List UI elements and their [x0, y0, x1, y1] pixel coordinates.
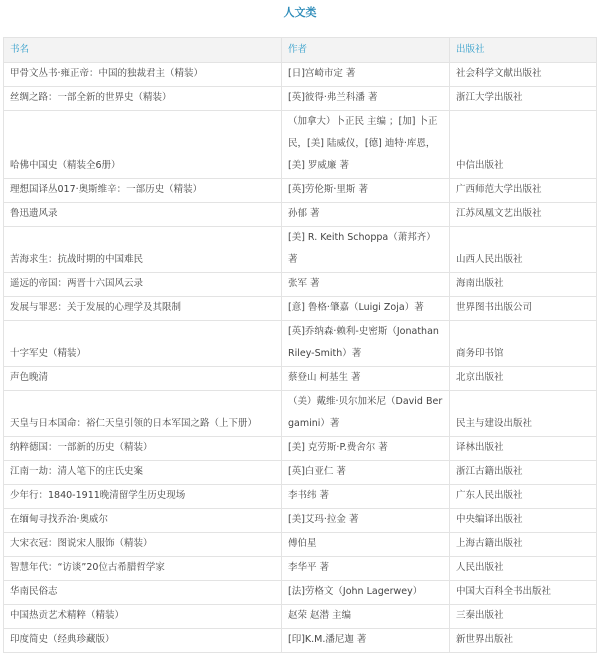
book-title: 少年行：1840-1911晚清留学生历史现场 — [4, 485, 282, 509]
book-author: [美] 克劳斯·P.费舍尔 著 — [282, 437, 450, 461]
book-publisher: 译林出版社 — [450, 437, 597, 461]
table-row: 十字军史（精装）[英]乔纳森·赖利-史密斯（Jonathan Riley-Smi… — [4, 321, 597, 367]
book-publisher: 民主与建设出版社 — [450, 391, 597, 437]
book-title: 声色晚清 — [4, 367, 282, 391]
table-row: 中国热贡艺术精粹（精装）赵荣 赵潜 主编三秦出版社 — [4, 605, 597, 629]
book-title: 智慧年代：“访谈”20位古希腊哲学家 — [4, 557, 282, 581]
book-publisher: 浙江大学出版社 — [450, 87, 597, 111]
book-publisher: 上海古籍出版社 — [450, 533, 597, 557]
book-title: 纳粹德国：一部新的历史（精装） — [4, 437, 282, 461]
book-title: 江南一劫：清人笔下的庄氏史案 — [4, 461, 282, 485]
book-publisher: 北京出版社 — [450, 367, 597, 391]
book-author: 蔡登山 柯基生 著 — [282, 367, 450, 391]
book-title: 天皇与日本国命：裕仁天皇引领的日本军国之路（上下册） — [4, 391, 282, 437]
table-row: 鲁迅遗风录孙郁 著江苏凤凰文艺出版社 — [4, 203, 597, 227]
book-title: 遥远的帝国：两晋十六国风云录 — [4, 273, 282, 297]
table-row: 哈佛中国史（精装全6册）（加拿大）卜正民 主编 ；[加] 卜正民，[美] 陆威仪… — [4, 111, 597, 179]
book-author: 李书纬 著 — [282, 485, 450, 509]
table-row: 发展与罪恶：关于发展的心理学及其限制[意] 鲁格·肇嘉（Luigi Zoja）著… — [4, 297, 597, 321]
book-author: [印]K.M.潘尼迦 著 — [282, 629, 450, 637]
book-author: [日]宫崎市定 著 — [282, 63, 450, 87]
book-publisher: 广东人民出版社 — [450, 485, 597, 509]
book-title: 哈佛中国史（精装全6册） — [4, 111, 282, 179]
book-author: [法]劳格文（John Lagerwey） — [282, 581, 450, 605]
table-row: 华南民俗志[法]劳格文（John Lagerwey）中国大百科全书出版社 — [4, 581, 597, 605]
book-author: 张军 著 — [282, 273, 450, 297]
table-row: 江南一劫：清人笔下的庄氏史案[英]白亚仁 著浙江古籍出版社 — [4, 461, 597, 485]
table-row: 印度简史（经典珍藏版）[印]K.M.潘尼迦 著新世界出版社 — [4, 629, 597, 637]
book-author: （加拿大）卜正民 主编 ；[加] 卜正民，[美] 陆威仪，[德] 迪特·库恩，[… — [282, 111, 450, 179]
book-title: 十字军史（精装） — [4, 321, 282, 367]
book-publisher: 山西人民出版社 — [450, 227, 597, 273]
book-author: [美]艾玛·拉金 著 — [282, 509, 450, 533]
table-row: 纳粹德国：一部新的历史（精装）[美] 克劳斯·P.费舍尔 著译林出版社 — [4, 437, 597, 461]
book-title: 鲁迅遗风录 — [4, 203, 282, 227]
book-title: 印度简史（经典珍藏版） — [4, 629, 282, 637]
table-row: 少年行：1840-1911晚清留学生历史现场李书纬 著广东人民出版社 — [4, 485, 597, 509]
table-header-row: 书名 作者 出版社 — [4, 38, 597, 63]
book-title: 在缅甸寻找乔治·奥威尔 — [4, 509, 282, 533]
book-title: 丝绸之路：一部全新的世界史（精装） — [4, 87, 282, 111]
book-publisher: 中信出版社 — [450, 111, 597, 179]
table-row: 声色晚清蔡登山 柯基生 著北京出版社 — [4, 367, 597, 391]
table-row: 在缅甸寻找乔治·奥威尔[美]艾玛·拉金 著中央编译出版社 — [4, 509, 597, 533]
book-author: 赵荣 赵潜 主编 — [282, 605, 450, 629]
book-title: 苦海求生：抗战时期的中国难民 — [4, 227, 282, 273]
book-author: [意] 鲁格·肇嘉（Luigi Zoja）著 — [282, 297, 450, 321]
table-row: 大宋衣冠：图说宋人服饰（精装）傅伯星上海古籍出版社 — [4, 533, 597, 557]
book-title: 甲骨文丛书·雍正帝：中国的独裁君主（精装） — [4, 63, 282, 87]
book-publisher: 三秦出版社 — [450, 605, 597, 629]
column-header-title: 书名 — [4, 38, 282, 63]
book-publisher: 江苏凤凰文艺出版社 — [450, 203, 597, 227]
table-row: 丝绸之路：一部全新的世界史（精装）[英]彼得·弗兰科潘 著浙江大学出版社 — [4, 87, 597, 111]
book-publisher: 中国大百科全书出版社 — [450, 581, 597, 605]
book-author: （美）戴维·贝尔加米尼（David Bergamini）著 — [282, 391, 450, 437]
page-title: 人文类 — [0, 0, 600, 37]
book-publisher: 中央编译出版社 — [450, 509, 597, 533]
book-publisher: 浙江古籍出版社 — [450, 461, 597, 485]
table-row: 甲骨文丛书·雍正帝：中国的独裁君主（精装）[日]宫崎市定 著社会科学文献出版社 — [4, 63, 597, 87]
book-author: [英]乔纳森·赖利-史密斯（Jonathan Riley-Smith）著 — [282, 321, 450, 367]
book-publisher: 人民出版社 — [450, 557, 597, 581]
book-title: 发展与罪恶：关于发展的心理学及其限制 — [4, 297, 282, 321]
book-publisher: 广西师范大学出版社 — [450, 179, 597, 203]
book-title: 华南民俗志 — [4, 581, 282, 605]
book-author: [英]白亚仁 著 — [282, 461, 450, 485]
book-author: [英]彼得·弗兰科潘 著 — [282, 87, 450, 111]
table-row: 理想国译丛017·奥斯维辛：一部历史（精装）[英]劳伦斯·里斯 著广西师范大学出… — [4, 179, 597, 203]
table-row: 苦海求生：抗战时期的中国难民[美] R. Keith Schoppa（萧邦齐）著… — [4, 227, 597, 273]
book-author: [美] R. Keith Schoppa（萧邦齐）著 — [282, 227, 450, 273]
table-row: 天皇与日本国命：裕仁天皇引领的日本军国之路（上下册）（美）戴维·贝尔加米尼（Da… — [4, 391, 597, 437]
table-row: 遥远的帝国：两晋十六国风云录张军 著海南出版社 — [4, 273, 597, 297]
books-table: 书名 作者 出版社 甲骨文丛书·雍正帝：中国的独裁君主（精装）[日]宫崎市定 著… — [3, 37, 597, 636]
book-publisher: 商务印书馆 — [450, 321, 597, 367]
book-author: 孙郁 著 — [282, 203, 450, 227]
book-title: 理想国译丛017·奥斯维辛：一部历史（精装） — [4, 179, 282, 203]
column-header-publisher: 出版社 — [450, 38, 597, 63]
book-author: 李华平 著 — [282, 557, 450, 581]
book-publisher: 海南出版社 — [450, 273, 597, 297]
book-publisher: 社会科学文献出版社 — [450, 63, 597, 87]
table-row: 智慧年代：“访谈”20位古希腊哲学家李华平 著人民出版社 — [4, 557, 597, 581]
book-publisher: 世界图书出版公司 — [450, 297, 597, 321]
column-header-author: 作者 — [282, 38, 450, 63]
book-author: [英]劳伦斯·里斯 著 — [282, 179, 450, 203]
book-author: 傅伯星 — [282, 533, 450, 557]
book-title: 大宋衣冠：图说宋人服饰（精装） — [4, 533, 282, 557]
book-publisher: 新世界出版社 — [450, 629, 597, 637]
book-title: 中国热贡艺术精粹（精装） — [4, 605, 282, 629]
